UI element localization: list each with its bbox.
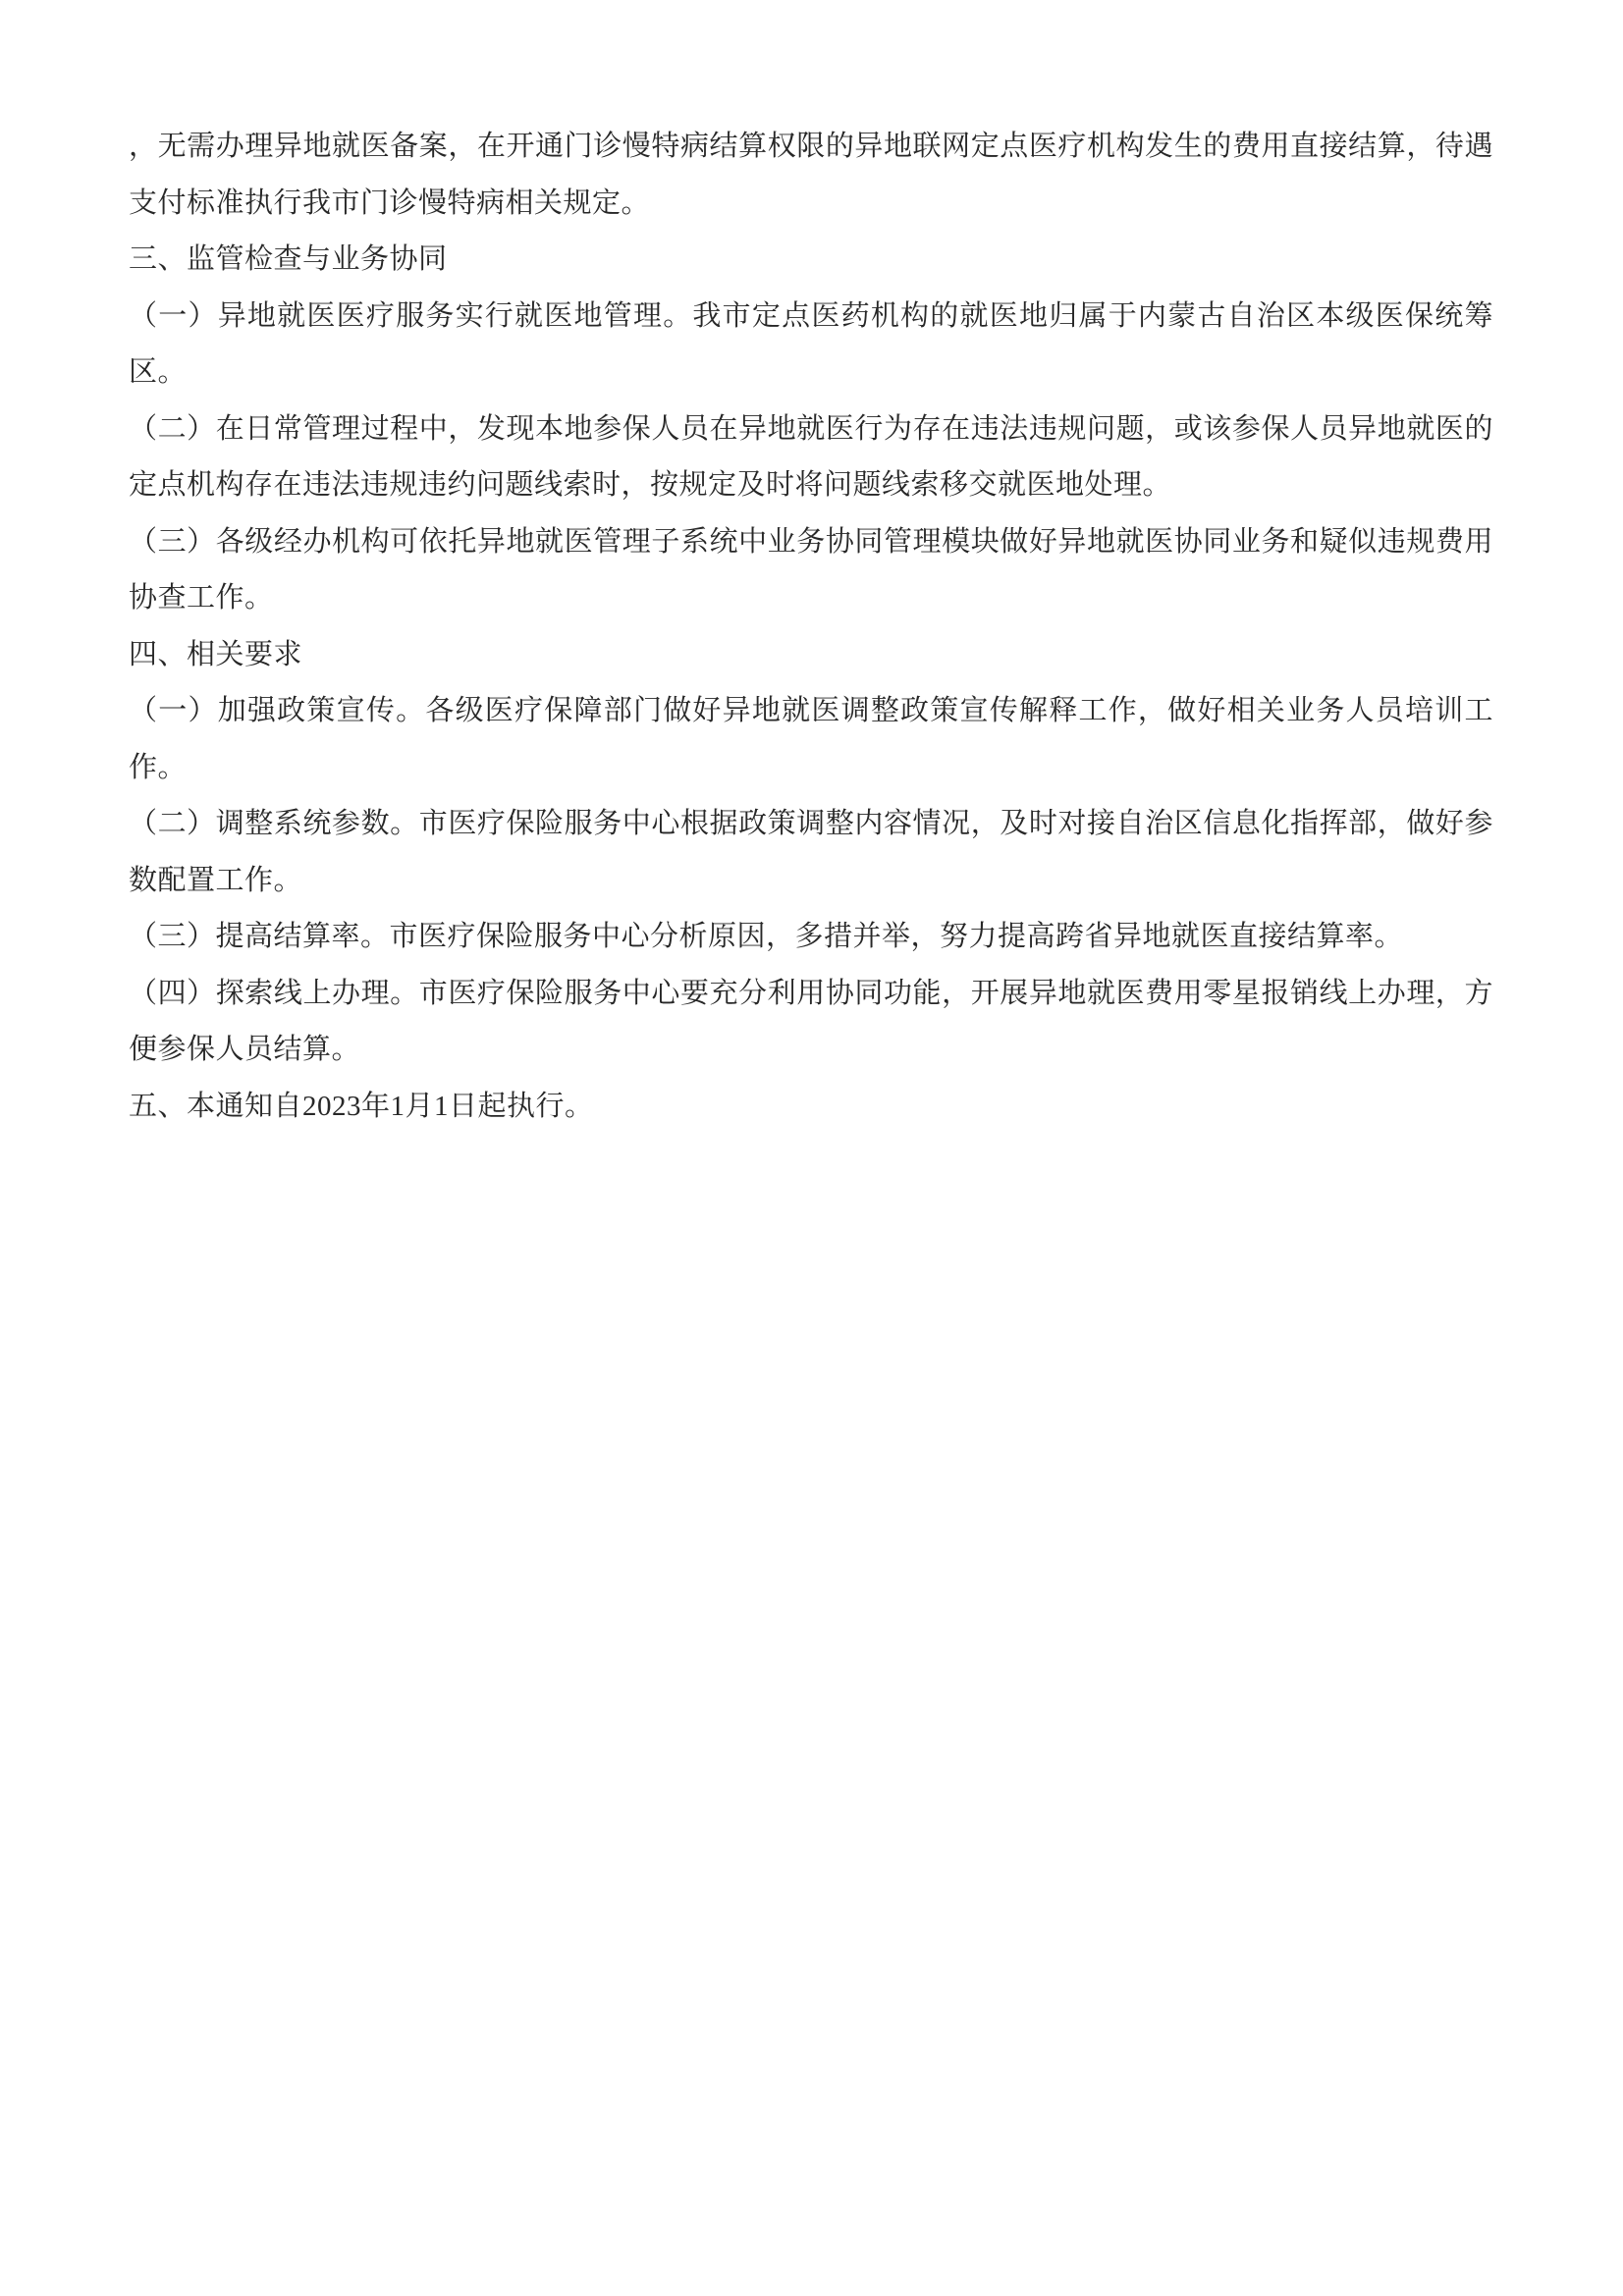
document-page: ，无需办理异地就医备案，在开通门诊慢特病结算权限的异地联网定点医疗机构发生的费用… — [0, 0, 1623, 2296]
paragraph-continuation: ，无需办理异地就医备案，在开通门诊慢特病结算权限的异地联网定点医疗机构发生的费用… — [129, 119, 1493, 232]
section-heading-5: 五、本通知自2023年1月1日起执行。 — [129, 1079, 1493, 1136]
section-heading-3: 三、监管检查与业务协同 — [129, 232, 1493, 289]
item-3-2: （二）在日常管理过程中，发现本地参保人员在异地就医行为存在违法违规问题，或该参保… — [129, 401, 1493, 514]
item-3-3: （三）各级经办机构可依托异地就医管理子系统中业务协同管理模块做好异地就医协同业务… — [129, 514, 1493, 627]
item-4-4: （四）探索线上办理。市医疗保险服务中心要充分利用协同功能，开展异地就医费用零星报… — [129, 966, 1493, 1079]
item-4-1: （一）加强政策宣传。各级医疗保障部门做好异地就医调整政策宣传解释工作，做好相关业… — [129, 683, 1493, 796]
document-body: ，无需办理异地就医备案，在开通门诊慢特病结算权限的异地联网定点医疗机构发生的费用… — [129, 119, 1493, 1135]
section-heading-4: 四、相关要求 — [129, 627, 1493, 684]
item-4-3: （三）提高结算率。市医疗保险服务中心分析原因，多措并举，努力提高跨省异地就医直接… — [129, 909, 1493, 966]
item-4-2: （二）调整系统参数。市医疗保险服务中心根据政策调整内容情况，及时对接自治区信息化… — [129, 796, 1493, 909]
item-3-1: （一）异地就医医疗服务实行就医地管理。我市定点医药机构的就医地归属于内蒙古自治区… — [129, 289, 1493, 401]
